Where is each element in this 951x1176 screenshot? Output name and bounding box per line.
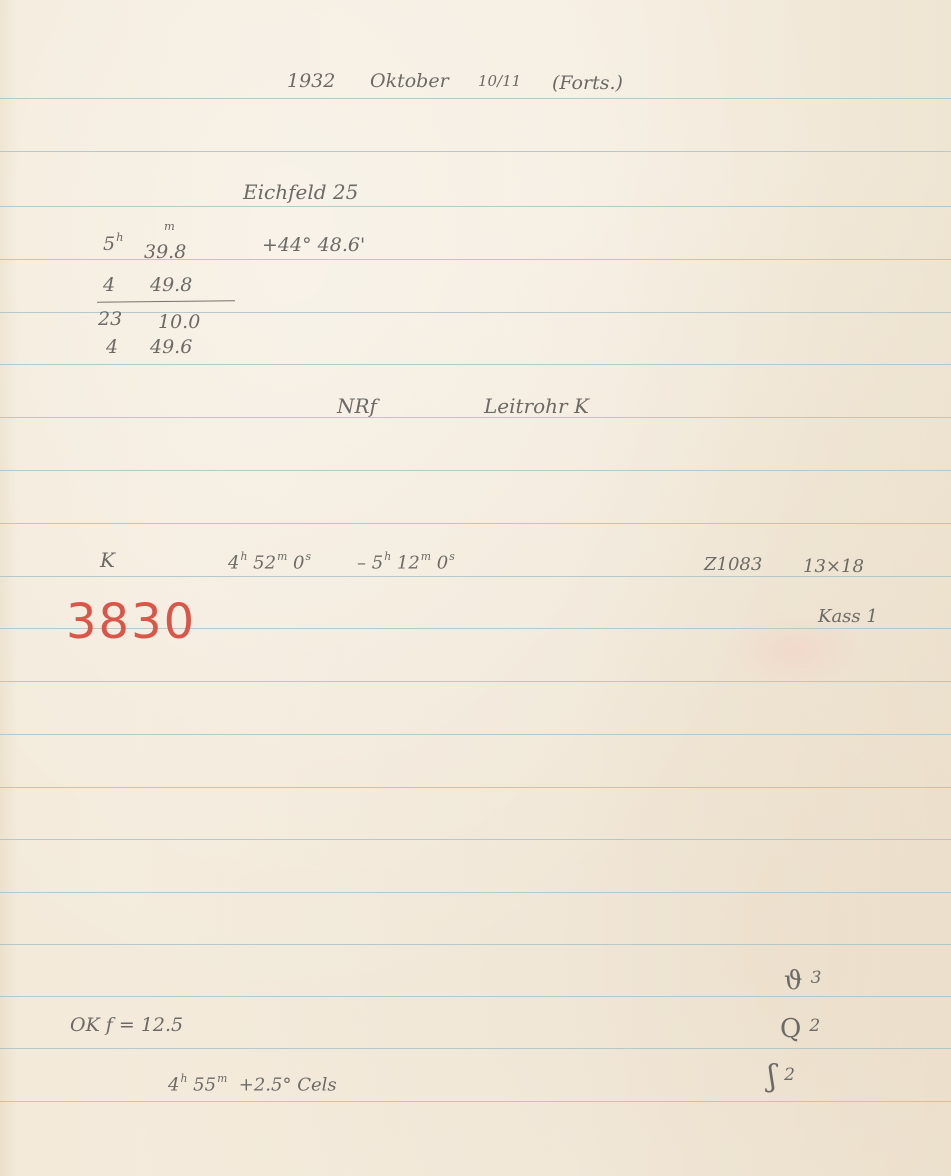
plate-number: 3830 <box>66 598 196 646</box>
ruled-line <box>0 996 951 997</box>
time-temperature: 4h 55m +2.5° Cels <box>168 1074 337 1095</box>
declination: +44° 48.6' <box>262 236 365 255</box>
ruled-line <box>0 944 951 945</box>
sum-underline <box>97 300 235 302</box>
rating-seeing: ϑ3 <box>784 968 821 994</box>
ruled-line <box>0 259 951 260</box>
ruled-line <box>0 364 951 365</box>
header-year: 1932 <box>287 72 335 91</box>
exposure-start: 4h 52m 0s <box>228 552 311 573</box>
ruled-line <box>0 892 951 893</box>
ra-minutes: m39.8 <box>144 221 186 262</box>
notebook-page: 1932 Oktober 10/11 (Forts.) Eichfeld 25 … <box>0 0 951 1176</box>
header-month: Oktober <box>370 72 449 91</box>
ruled-line <box>0 734 951 735</box>
rating-quality: Q2 <box>780 1016 820 1042</box>
ruled-line <box>0 417 951 418</box>
plate-id: Z1083 <box>704 556 762 574</box>
plate-size: 13×18 <box>803 558 864 576</box>
calc-row-3-b: 49.6 <box>150 338 192 357</box>
ruled-line <box>0 787 951 788</box>
ruled-line <box>0 206 951 207</box>
calc-row-2-b: 10.0 <box>158 313 200 332</box>
exposure-end: – 5h 12m 0s <box>357 552 455 573</box>
calc-row-2-a: 23 <box>98 310 122 329</box>
ra-hours: 5h <box>103 232 123 254</box>
calc-row-1-a: 4 <box>103 276 115 295</box>
ruled-line <box>0 98 951 99</box>
ok-focus-line: OK f = 12.5 <box>70 1016 183 1035</box>
cassette: Kass 1 <box>818 608 878 626</box>
ruled-line <box>0 312 951 313</box>
exposure-label: K <box>100 550 115 570</box>
ruled-line <box>0 523 951 524</box>
instrument-text: Leitrohr K <box>484 396 589 416</box>
ruled-line <box>0 839 951 840</box>
ruled-line <box>0 1048 951 1049</box>
ruled-line <box>0 1101 951 1102</box>
ruled-line <box>0 151 951 152</box>
calc-row-3-a: 4 <box>106 338 118 357</box>
rating-scintillation: ʃ2 <box>768 1062 795 1092</box>
header-note: (Forts.) <box>552 74 623 93</box>
object-title: Eichfeld 25 <box>243 182 358 202</box>
calc-row-1-b: 49.8 <box>150 276 192 295</box>
instrument-code: NRf <box>337 396 377 416</box>
ruled-line <box>0 470 951 471</box>
header-days: 10/11 <box>478 74 521 89</box>
